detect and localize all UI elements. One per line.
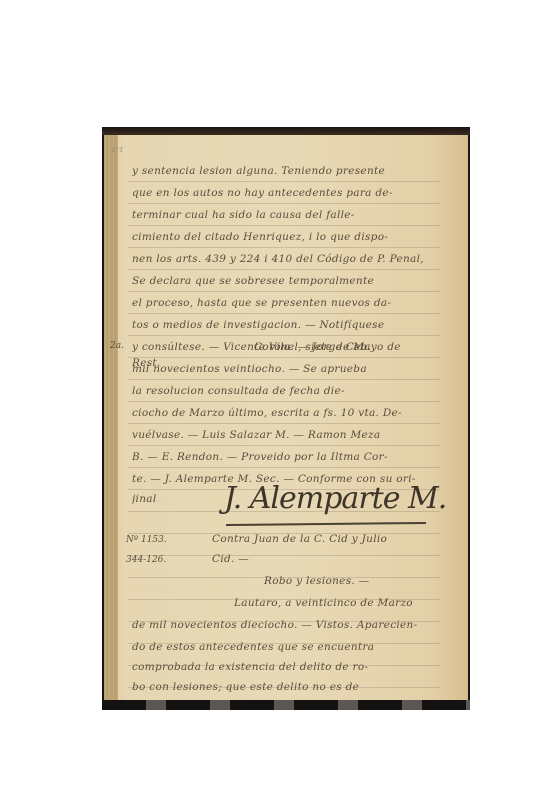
text-line: do de estos antecedentes que se encuentr…	[132, 641, 444, 653]
text-line: vuélvase. — Luis Salazar M. — Ramon Meza	[132, 429, 444, 441]
scanned-ledger-image: ε·τ y sentencia lesion alguna. Teniendo …	[102, 127, 470, 710]
text-line: Lautaro, a veinticinco de Marzo	[234, 597, 444, 609]
ledger-page: ε·τ y sentencia lesion alguna. Teniendo …	[104, 135, 468, 703]
text-line: Se declara que se sobresee temporalmente	[132, 275, 444, 287]
top-shadow-band	[102, 127, 470, 135]
text-line: que en los autos no hay antecedentes par…	[132, 187, 444, 199]
corner-mark: ε·τ	[112, 145, 123, 154]
text-line: cimiento del citado Henriquez, i lo que …	[132, 231, 444, 243]
text-line: comprobada la existencia del delito de r…	[132, 661, 444, 673]
text-line: bo con lesiones; que este delito no es d…	[132, 681, 444, 693]
text-line: jinal	[132, 493, 212, 505]
text-line: B. — E. Rendon. — Proveido por la Iltma …	[132, 451, 444, 463]
entry-reference: 344-126.	[126, 555, 166, 565]
text-line: y sentencia lesion alguna. Teniendo pres…	[132, 165, 444, 177]
calibration-strip	[102, 700, 470, 710]
entry-margin-label: 2a.	[110, 341, 124, 351]
case-title-line: Cid. —	[212, 553, 444, 565]
text-line: tos o medios de investigacion. — Notifíq…	[132, 319, 444, 331]
entry-number: Nº 1153.	[126, 535, 167, 545]
ruled-lines	[128, 167, 440, 687]
text-line: mil novecientos veintiocho. — Se aprueba	[132, 363, 444, 375]
text-line: el proceso, hasta que se presenten nuevo…	[132, 297, 444, 309]
text-line: ciocho de Marzo último, escrita a fs. 10…	[132, 407, 444, 419]
text-line: la resolucion consultada de fecha die-	[132, 385, 444, 397]
signature: J. Alemparte M.	[224, 481, 446, 516]
text-line: terminar cual ha sido la causa del falle…	[132, 209, 444, 221]
case-subject: Robo y lesiones. —	[264, 575, 444, 587]
text-line: nen los arts. 439 y 224 i 410 del Código…	[132, 253, 444, 265]
page-stack-edges	[104, 135, 118, 703]
text-line: Coronel, siete de Mayo de	[254, 341, 444, 353]
text-line: de mil novecientos dieciocho. — Vistos. …	[132, 619, 444, 631]
case-title-line: Contra Juan de la C. Cid y Julio	[212, 533, 444, 545]
